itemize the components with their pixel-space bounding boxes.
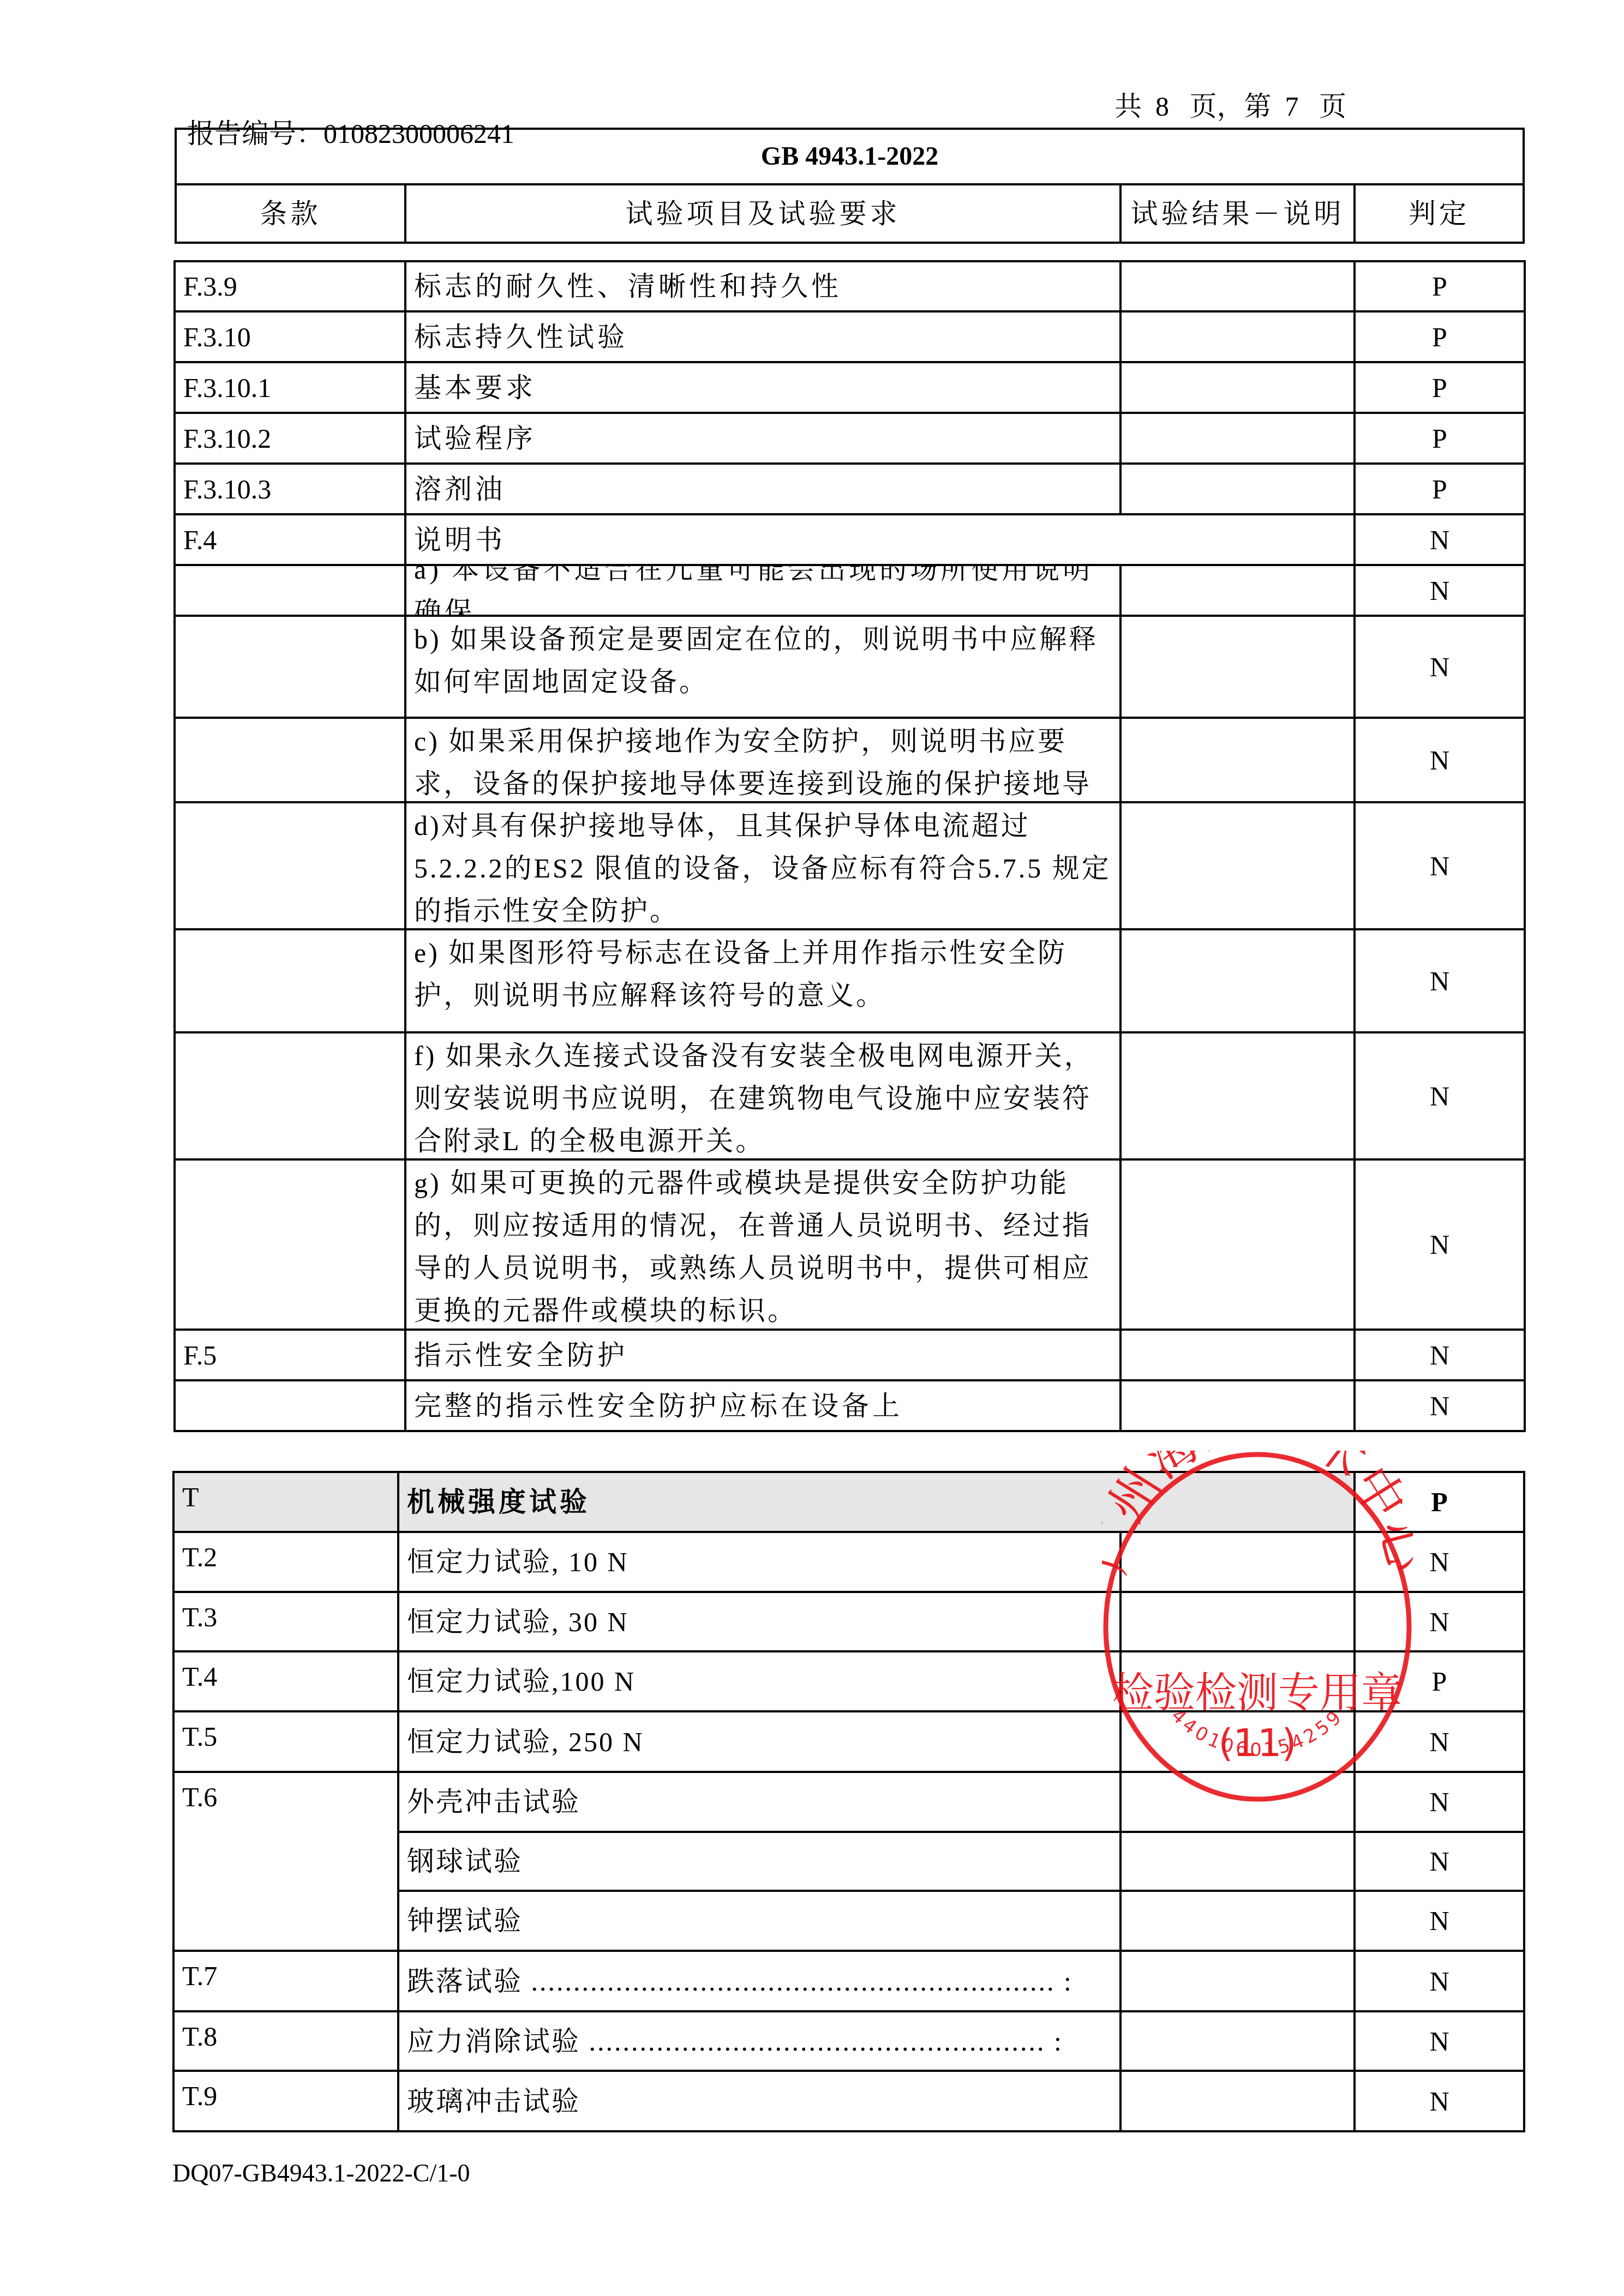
- item-cell: 恒定力试验, 250 N: [397, 1710, 1122, 1773]
- clause-cell: T.6: [172, 1771, 399, 1952]
- verdict-cell: N: [1353, 2070, 1525, 2132]
- item-cell: 钢球试验: [397, 1831, 1122, 1892]
- verdict-cell: P: [1353, 260, 1526, 312]
- verdict-cell: P: [1353, 310, 1526, 363]
- verdict-cell: N: [1353, 1031, 1526, 1161]
- clause-cell: F.4: [173, 513, 406, 566]
- item-cell: 完整的指示性安全防护应标在设备上: [404, 1379, 1122, 1432]
- item-cell: 标志的耐久性、清晰性和持久性: [404, 260, 1122, 312]
- verdict-cell: P: [1353, 412, 1526, 465]
- col-header-verdict: 判定: [1353, 183, 1525, 244]
- result-cell: [1119, 1329, 1356, 1381]
- section-verdict-cell: P: [1353, 1471, 1525, 1533]
- verdict-cell: N: [1353, 615, 1526, 719]
- result-cell: [1119, 1710, 1356, 1773]
- result-cell: [1119, 1531, 1356, 1593]
- clause-cell: [173, 1158, 406, 1331]
- result-cell: [1119, 928, 1356, 1033]
- item-cell: 跌落试验 ...................................…: [397, 1950, 1122, 2012]
- item-cell: g) 如果可更换的元器件或模块是提供安全防护功能的，则应按适用的情况，在普通人员…: [404, 1158, 1122, 1331]
- section-title-cell: 机械强度试验: [397, 1471, 1356, 1533]
- verdict-cell: N: [1353, 1831, 1525, 1892]
- col-header-clause: 条款: [175, 183, 406, 244]
- item-cell: 应力消除试验 .................................…: [397, 2010, 1122, 2072]
- verdict-cell: N: [1353, 1531, 1525, 1593]
- result-cell: [1119, 260, 1356, 312]
- clause-cell: F.3.10: [173, 310, 406, 363]
- clause-cell: T.8: [172, 2010, 399, 2072]
- item-cell: 钟摆试验: [397, 1890, 1122, 1952]
- result-cell: [1119, 2010, 1356, 2072]
- result-cell: [1119, 412, 1356, 465]
- clause-cell: T.5: [172, 1710, 399, 1773]
- item-cell: e) 如果图形符号标志在设备上并用作指示性安全防护，则说明书应解释该符号的意义。: [404, 928, 1122, 1033]
- result-cell: [1119, 564, 1356, 617]
- verdict-cell: N: [1353, 717, 1526, 803]
- verdict-cell: N: [1353, 801, 1526, 930]
- section-clause-cell: T: [172, 1471, 399, 1533]
- document-code: DQ07-GB4943.1-2022-C/1-0: [172, 2159, 470, 2187]
- item-cell: 外壳冲击试验: [397, 1771, 1122, 1833]
- item-cell: f) 如果永久连接式设备没有安装全极电网电源开关，则安装说明书应说明，在建筑物电…: [404, 1031, 1122, 1161]
- result-cell: [1119, 1158, 1356, 1331]
- verdict-cell: N: [1353, 1710, 1525, 1773]
- clause-cell: T.3: [172, 1591, 399, 1652]
- item-cell: 试验程序: [404, 412, 1122, 465]
- result-cell: [1119, 1379, 1356, 1432]
- result-cell: [1119, 310, 1356, 363]
- page-counter: 共 8 页，第 7 页: [1114, 93, 1346, 120]
- item-cell: 恒定力试验, 30 N: [397, 1591, 1122, 1652]
- verdict-cell: N: [1353, 1158, 1526, 1331]
- clause-cell: [173, 1031, 406, 1161]
- clause-cell: [173, 564, 406, 617]
- item-cell: 指示性安全防护: [404, 1329, 1122, 1381]
- item-cell: 基本要求: [404, 361, 1122, 414]
- clause-cell: [173, 717, 406, 803]
- item-cell: c) 如果采用保护接地作为安全防护，则说明书应要求，设备的保护接地导体要连接到设…: [404, 717, 1122, 803]
- result-cell: [1119, 1650, 1356, 1712]
- item-cell: b) 如果设备预定是要固定在位的，则说明书中应解释如何牢固地固定设备。: [404, 615, 1122, 719]
- col-header-result: 试验结果－说明: [1119, 183, 1356, 244]
- result-cell: [1119, 615, 1356, 719]
- clause-cell: [173, 801, 406, 930]
- result-cell: [1119, 1950, 1356, 2012]
- clause-cell: T.7: [172, 1950, 399, 2012]
- clause-cell: [173, 615, 406, 719]
- verdict-cell: N: [1353, 1591, 1525, 1652]
- result-cell: [1119, 1771, 1356, 1833]
- verdict-cell: N: [1353, 1379, 1526, 1432]
- clause-cell: [173, 1379, 406, 1432]
- verdict-cell: N: [1353, 1890, 1525, 1952]
- verdict-cell: N: [1353, 513, 1526, 566]
- verdict-cell: N: [1353, 1950, 1525, 2012]
- result-cell: [1119, 361, 1356, 414]
- verdict-cell: N: [1353, 2010, 1525, 2072]
- clause-cell: F.3.10.3: [173, 462, 406, 515]
- item-cell: 溶剂油: [404, 462, 1122, 515]
- clause-cell: F.5: [173, 1329, 406, 1381]
- clause-cell: [173, 928, 406, 1033]
- clause-cell: T.2: [172, 1531, 399, 1593]
- clause-cell: F.3.9: [173, 260, 406, 312]
- item-cell: 恒定力试验,100 N: [397, 1650, 1122, 1712]
- item-cell: a) 本设备不适合在儿童可能会出现的场所使用说明确保: [404, 564, 1122, 617]
- verdict-cell: N: [1353, 1771, 1525, 1833]
- item-cell: 恒定力试验, 10 N: [397, 1531, 1122, 1593]
- result-cell: [1119, 1890, 1356, 1952]
- result-cell: [1119, 1591, 1356, 1652]
- verdict-cell: N: [1353, 564, 1526, 617]
- clause-cell: F.3.10.2: [173, 412, 406, 465]
- item-cell: 玻璃冲击试验: [397, 2070, 1122, 2132]
- verdict-cell: P: [1353, 462, 1526, 515]
- item-cell: 标志持久性试验: [404, 310, 1122, 363]
- result-cell: [1119, 2070, 1356, 2132]
- result-cell: [1119, 717, 1356, 803]
- result-cell: [1119, 801, 1356, 930]
- item-cell: d)对具有保护接地导体，且其保护导体电流超过5.2.2.2的ES2 限值的设备，…: [404, 801, 1122, 930]
- clause-cell: F.3.10.1: [173, 361, 406, 414]
- result-cell: [1119, 462, 1356, 515]
- result-cell: [1119, 1031, 1356, 1161]
- verdict-cell: P: [1353, 1650, 1525, 1712]
- verdict-cell: P: [1353, 361, 1526, 414]
- col-header-item: 试验项目及试验要求: [404, 183, 1122, 244]
- result-cell: [1119, 1831, 1356, 1892]
- item-cell: 说明书: [404, 513, 1356, 566]
- verdict-cell: N: [1353, 1329, 1526, 1381]
- clause-cell: T.9: [172, 2070, 399, 2132]
- clause-cell: T.4: [172, 1650, 399, 1712]
- verdict-cell: N: [1353, 928, 1526, 1033]
- standard-title: GB 4943.1-2022: [175, 128, 1525, 185]
